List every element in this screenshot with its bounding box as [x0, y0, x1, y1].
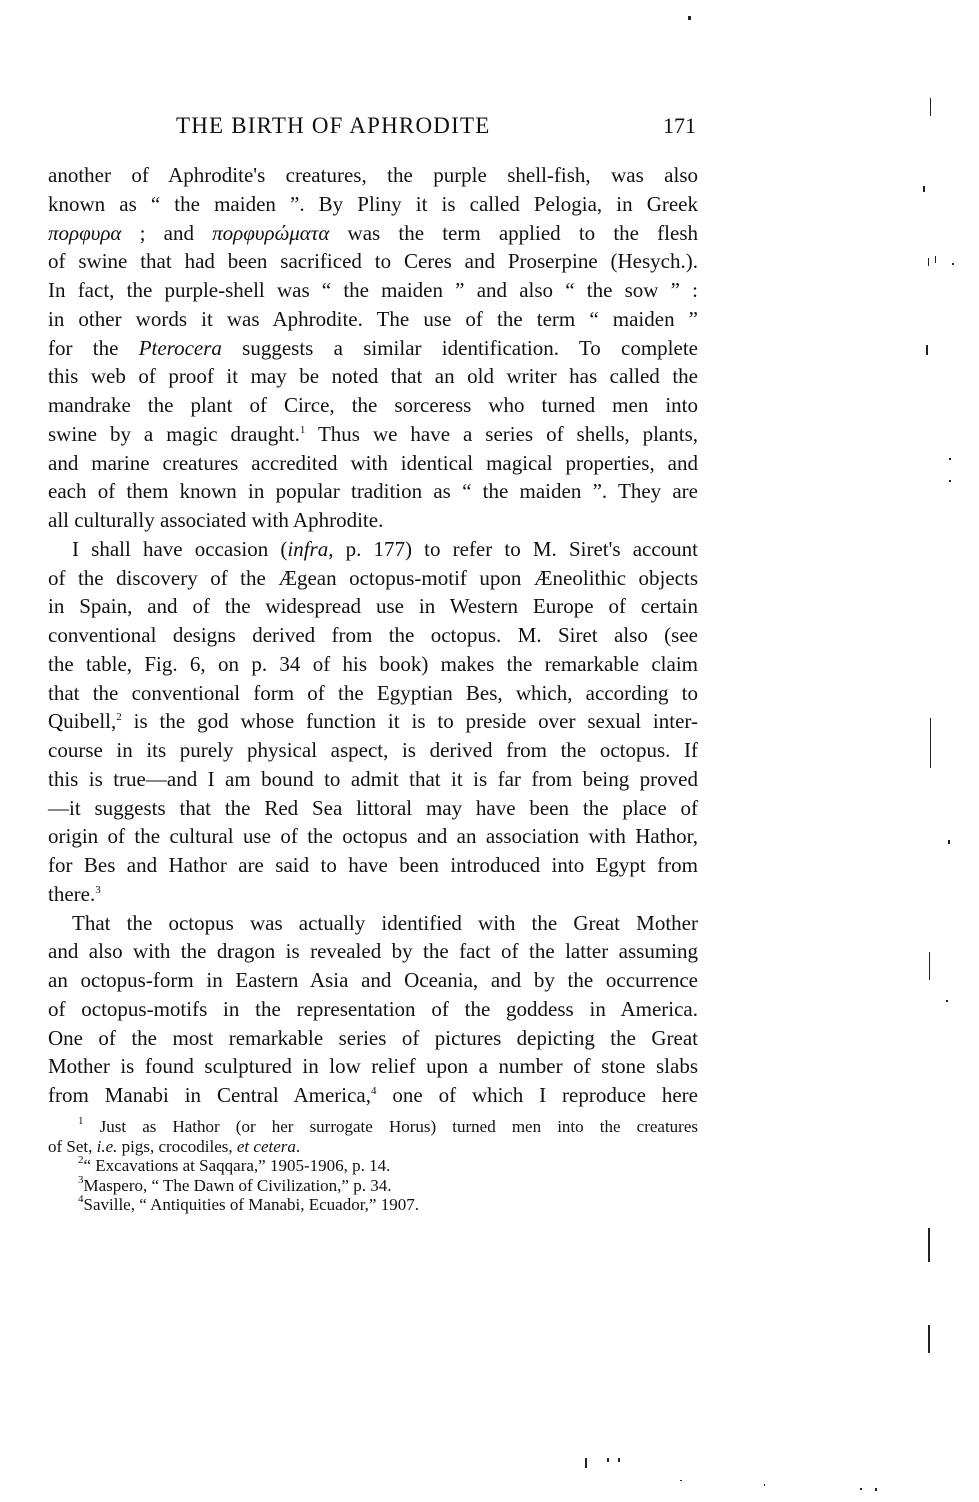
scan-speck — [946, 1000, 948, 1002]
scan-speck — [618, 1458, 620, 1462]
footnote-1: 1 Just as Hathor (or her surrogate Horus… — [48, 1117, 698, 1137]
scanned-book-page: THE BIRTH OF APHRODITE 171 another of Ap… — [0, 0, 979, 1502]
text-line: conventional designs derived from the oc… — [48, 621, 698, 650]
text-line: mandrake the plant of Circe, the sorcere… — [48, 391, 698, 420]
italic-term: infra — [287, 537, 328, 561]
text-line: the table, Fig. 6, on p. 34 of his book)… — [48, 650, 698, 679]
scan-speck — [949, 458, 951, 460]
scan-speck — [764, 1484, 765, 1486]
scan-speck — [949, 480, 951, 482]
scan-speck — [948, 840, 950, 844]
scan-speck — [952, 263, 954, 265]
text-line: Quibell,2 is the god whose function it i… — [48, 707, 698, 736]
text-line: for Bes and Hathor are said to have been… — [48, 851, 698, 880]
scan-speck — [935, 256, 936, 263]
text-line: there.3 — [48, 880, 698, 909]
scan-speck — [930, 718, 931, 768]
text-line: each of them known in popular tradition … — [48, 477, 698, 506]
text-line: in other words it was Aphrodite. The use… — [48, 305, 698, 334]
text-line: of the discovery of the Ægean octopus-mo… — [48, 564, 698, 593]
text-line: That the octopus was actually identified… — [48, 909, 698, 938]
running-head: THE BIRTH OF APHRODITE 171 — [48, 113, 698, 143]
text-line: πορφυρα ; and πορφυρώματα was the term a… — [48, 219, 698, 248]
text-line: from Manabi in Central America,4 one of … — [48, 1081, 698, 1110]
footnotes: 1 Just as Hathor (or her surrogate Horus… — [48, 1117, 698, 1215]
footnote-text: Saville, “ Antiquities of Manabi, Ecuado… — [84, 1195, 419, 1214]
running-title: THE BIRTH OF APHRODITE — [176, 113, 490, 139]
text-line: this is true—and I am bound to admit tha… — [48, 765, 698, 794]
text-line: an octopus-form in Eastern Asia and Ocea… — [48, 966, 698, 995]
greek-word: πορφυρώματα — [212, 221, 329, 245]
scan-speck — [930, 98, 931, 116]
text-segment: from Manabi in Central America, — [48, 1083, 371, 1107]
text-segment: ; and — [121, 221, 212, 245]
italic-term: et cetera — [237, 1137, 296, 1156]
text-segment: is the god whose function it is to presi… — [122, 709, 698, 733]
text-line: that the conventional form of the Egypti… — [48, 679, 698, 708]
footnote-1-continued: of Set, i.e. pigs, crocodiles, et cetera… — [48, 1137, 698, 1157]
text-line: In fact, the purple-shell was “ the maid… — [48, 276, 698, 305]
text-segment: there. — [48, 882, 95, 906]
text-line: of octopus-motifs in the representation … — [48, 995, 698, 1024]
footnote-3: 3Maspero, “ The Dawn of Civilization,” p… — [48, 1176, 698, 1196]
text-line: One of the most remarkable series of pic… — [48, 1024, 698, 1053]
body-text: another of Aphrodite's creatures, the pu… — [48, 161, 698, 1110]
text-line: and marine creatures accredited with ide… — [48, 449, 698, 478]
text-segment: Quibell, — [48, 709, 116, 733]
text-line: in Spain, and of the widespread use in W… — [48, 592, 698, 621]
text-line: for the Pterocera suggests a similar ide… — [48, 334, 698, 363]
footnote-2: 2“ Excavations at Saqqara,” 1905-1906, p… — [48, 1156, 698, 1176]
footnote-4: 4Saville, “ Antiquities of Manabi, Ecuad… — [48, 1195, 698, 1215]
page-number: 171 — [663, 113, 696, 139]
footnote-text: of Set, — [48, 1137, 97, 1156]
scan-speck — [585, 1458, 587, 1468]
text-line: all culturally associated with Aphrodite… — [48, 506, 698, 535]
scan-speck — [928, 258, 929, 266]
text-line: origin of the cultural use of the octopu… — [48, 822, 698, 851]
text-segment: one of which I reproduce here — [377, 1083, 698, 1107]
text-line: known as “ the maiden ”. By Pliny it is … — [48, 190, 698, 219]
text-line: swine by a magic draught.1 Thus we have … — [48, 420, 698, 449]
scan-speck — [928, 1228, 930, 1262]
scan-speck — [928, 1325, 930, 1353]
text-segment: I shall have occasion ( — [72, 537, 287, 561]
text-segment: swine by a magic draught. — [48, 422, 300, 446]
scan-speck — [926, 345, 928, 355]
footnote-text: pigs, crocodiles, — [117, 1137, 236, 1156]
scan-speck — [680, 1480, 682, 1481]
text-line: of swine that had been sacrificed to Cer… — [48, 247, 698, 276]
text-segment: was the term applied to the flesh — [329, 221, 698, 245]
scan-speck — [860, 1488, 862, 1490]
italic-term: Pterocera — [139, 336, 222, 360]
scan-speck — [923, 186, 925, 192]
text-line: I shall have occasion (infra, p. 177) to… — [48, 535, 698, 564]
text-line: another of Aphrodite's creatures, the pu… — [48, 161, 698, 190]
footnote-text: Maspero, “ The Dawn of Civilization,” p.… — [84, 1176, 392, 1195]
scan-speck — [875, 1488, 877, 1491]
text-segment: suggests a similar identification. To co… — [222, 336, 698, 360]
text-segment: for the — [48, 336, 139, 360]
text-line: and also with the dragon is revealed by … — [48, 937, 698, 966]
footnote-marker: 1 — [78, 1115, 84, 1127]
text-line: this web of proof it may be noted that a… — [48, 362, 698, 391]
text-segment: Thus we have a series of shells, plants, — [305, 422, 698, 446]
text-line: —it suggests that the Red Sea littoral m… — [48, 794, 698, 823]
text-segment: , p. 177) to refer to M. Siret's account — [328, 537, 698, 561]
text-line: course in its purely physical aspect, is… — [48, 736, 698, 765]
footnote-text: “ Excavations at Saqqara,” 1905-1906, p.… — [84, 1156, 391, 1175]
greek-word: πορφυρα — [48, 221, 121, 245]
scan-speck — [688, 16, 691, 20]
scan-speck — [929, 952, 930, 980]
footnote-ref[interactable]: 3 — [95, 884, 101, 896]
footnote-text: Just as Hathor (or her surrogate Horus) … — [100, 1117, 698, 1136]
italic-abbrev: i.e. — [97, 1137, 118, 1156]
scan-speck — [607, 1458, 609, 1462]
text-line: Mother is found sculptured in low relief… — [48, 1052, 698, 1081]
footnote-text: . — [296, 1137, 300, 1156]
